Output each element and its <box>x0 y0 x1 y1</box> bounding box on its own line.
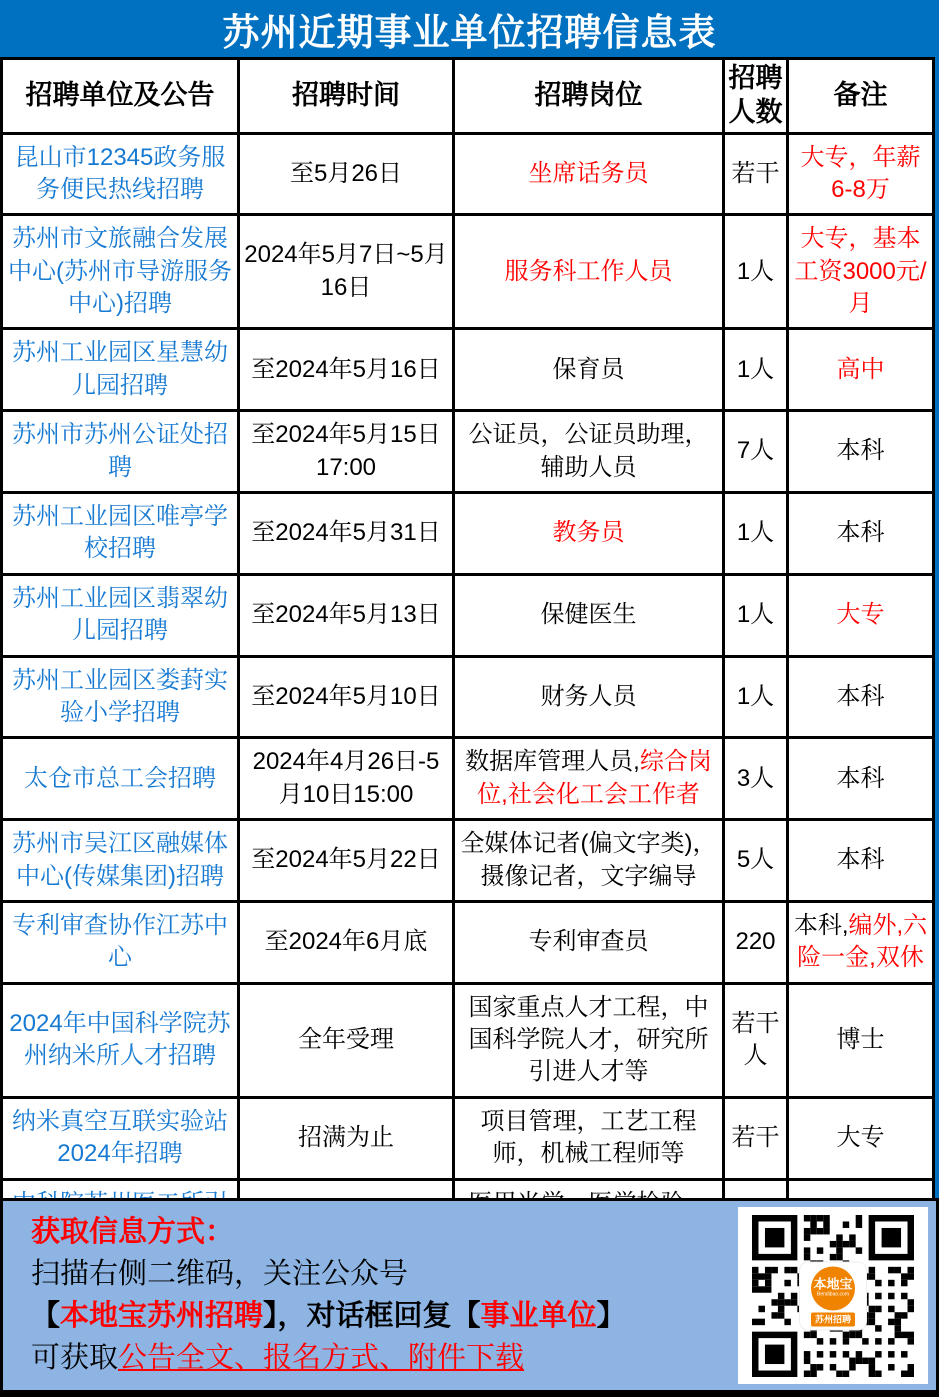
table-row: 昆山市12345政务服务便民热线招聘至5月26日坐席话务员若干大专，年薪6-8万 <box>2 133 934 215</box>
unit-link[interactable]: 苏州市吴江区融媒体中心(传媒集团)招聘 <box>12 830 228 889</box>
cell-unit: 苏州市文旅融合发展中心(苏州市导游服务中心)招聘 <box>2 215 239 329</box>
text-segment: 坐席话务员 <box>529 160 649 187</box>
cell-post: 项目管理，工艺工程师，机械工程师等 <box>454 1097 724 1179</box>
cell-count: 220 <box>724 901 788 983</box>
table-body: 昆山市12345政务服务便民热线招聘至5月26日坐席话务员若干大专，年薪6-8万… <box>2 133 934 1198</box>
text-segment: 【 <box>31 1300 60 1332</box>
cell-post: 服务科工作人员 <box>454 215 724 329</box>
cell-time: 至2024年5月16日 <box>239 329 454 411</box>
table-row: 苏州市文旅融合发展中心(苏州市导游服务中心)招聘2024年5月7日~5月16日服… <box>2 215 934 329</box>
table-row: 中科院苏州医工所引进高层次人才招满为止医用光学，医学检验，医学影像等若干博士 <box>2 1179 934 1198</box>
text-segment: 公证员，公证员助理，辅助人员 <box>469 421 709 480</box>
cell-unit: 太仓市总工会招聘 <box>2 738 239 820</box>
qr-logo-title: 本地宝 <box>813 1278 852 1292</box>
footer-line: 可获取公告全文、报名方式、附件下载 <box>31 1337 721 1379</box>
cell-unit: 昆山市12345政务服务便民热线招聘 <box>2 133 239 215</box>
cell-note: 博士 <box>788 983 934 1097</box>
cell-unit: 纳米真空互联实验站2024年招聘 <box>2 1097 239 1179</box>
cell-count: 7人 <box>724 411 788 493</box>
cell-unit: 苏州工业园区翡翠幼儿园招聘 <box>2 574 239 656</box>
cell-time: 招满为止 <box>239 1179 454 1198</box>
cell-post: 教务员 <box>454 493 724 575</box>
cell-note: 本科,编外,六险一金,双休 <box>788 901 934 983</box>
unit-link[interactable]: 苏州市苏州公证处招聘 <box>12 421 228 480</box>
cell-post: 全媒体记者(偏文字类)，摄像记者，文字编导 <box>454 820 724 902</box>
text-segment: 本科 <box>837 519 885 546</box>
cell-time: 至2024年5月13日 <box>239 574 454 656</box>
cell-post: 坐席话务员 <box>454 133 724 215</box>
cell-count: 若干 <box>724 1179 788 1198</box>
cell-unit: 苏州市吴江区融媒体中心(传媒集团)招聘 <box>2 820 239 902</box>
cell-note: 本科 <box>788 411 934 493</box>
unit-link[interactable]: 苏州工业园区娄葑实验小学招聘 <box>12 667 228 726</box>
text-segment: 】，对话框回复【 <box>263 1300 481 1332</box>
cell-count: 若干 <box>724 133 788 215</box>
cell-count: 1人 <box>724 215 788 329</box>
text-segment: 保育员 <box>553 356 625 383</box>
cell-time: 2024年5月7日~5月16日 <box>239 215 454 329</box>
cell-count: 若干 <box>724 1097 788 1179</box>
text-segment: 本科 <box>837 846 885 873</box>
cell-post: 公证员，公证员助理，辅助人员 <box>454 411 724 493</box>
unit-link[interactable]: 苏州工业园区翡翠幼儿园招聘 <box>12 585 228 644</box>
recruitment-table: 招聘单位及公告 招聘时间 招聘岗位 招聘人数 备注 昆山市12345政务服务便民… <box>0 57 935 1198</box>
cell-count: 1人 <box>724 329 788 411</box>
cell-time: 至2024年5月22日 <box>239 820 454 902</box>
text-segment: 大专 <box>837 601 885 628</box>
text-segment: 医用光学，医学检验，医学影像等 <box>469 1190 709 1198</box>
text-segment: 国家重点人才工程，中国科学院人才，研究所引进人才等 <box>469 994 709 1086</box>
qr-code: 本地宝 Bendibao.com 苏州招聘 <box>738 1207 928 1384</box>
cell-post: 财务人员 <box>454 656 724 738</box>
header-row: 招聘单位及公告 招聘时间 招聘岗位 招聘人数 备注 <box>2 59 934 134</box>
text-segment: 财务人员 <box>541 683 637 710</box>
cell-unit: 苏州工业园区星慧幼儿园招聘 <box>2 329 239 411</box>
cell-unit: 苏州市苏州公证处招聘 <box>2 411 239 493</box>
footer-line: 获取信息方式： <box>31 1211 721 1253</box>
cell-note: 本科 <box>788 493 934 575</box>
cell-unit: 专利审查协作江苏中心 <box>2 901 239 983</box>
table-row: 太仓市总工会招聘2024年4月26日-5月10日15:00数据库管理人员,综合岗… <box>2 738 934 820</box>
text-segment: 项目管理，工艺工程师，机械工程师等 <box>481 1108 697 1167</box>
cell-time: 至2024年5月15日17:00 <box>239 411 454 493</box>
text-segment: 扫描右侧二维码，关注公众号 <box>31 1258 408 1290</box>
cell-unit: 苏州工业园区唯亭学校招聘 <box>2 493 239 575</box>
cell-post: 医用光学，医学检验，医学影像等 <box>454 1179 724 1198</box>
text-segment: 教务员 <box>553 519 625 546</box>
cell-count: 5人 <box>724 820 788 902</box>
page-title: 苏州近期事业单位招聘信息表 <box>223 2 717 56</box>
text-segment: 公告全文、报名方式、附件下载 <box>118 1342 524 1374</box>
cell-time: 至2024年5月31日 <box>239 493 454 575</box>
cell-note: 大专，基本工资3000元/月 <box>788 215 934 329</box>
unit-link[interactable]: 太仓市总工会招聘 <box>24 765 216 792</box>
text-segment: 专利审查员 <box>529 928 649 955</box>
cell-post: 国家重点人才工程，中国科学院人才，研究所引进人才等 <box>454 983 724 1097</box>
text-segment: 博士 <box>837 1026 885 1053</box>
text-segment: 全媒体记者(偏文字类)，摄像记者，文字编导 <box>461 830 717 889</box>
table-row: 苏州工业园区唯亭学校招聘至2024年5月31日教务员1人本科 <box>2 493 934 575</box>
cell-count: 1人 <box>724 656 788 738</box>
text-segment: 本科 <box>837 437 885 464</box>
cell-time: 至5月26日 <box>239 133 454 215</box>
table-row: 专利审查协作江苏中心至2024年6月底专利审查员220本科,编外,六险一金,双休 <box>2 901 934 983</box>
cell-count: 3人 <box>724 738 788 820</box>
unit-link[interactable]: 苏州工业园区星慧幼儿园招聘 <box>12 339 228 398</box>
text-segment: 大专，年薪6-8万 <box>801 144 921 203</box>
cell-post: 保育员 <box>454 329 724 411</box>
table-row: 苏州工业园区娄葑实验小学招聘至2024年5月10日财务人员1人本科 <box>2 656 934 738</box>
table-row: 苏州工业园区翡翠幼儿园招聘至2024年5月13日保健医生1人大专 <box>2 574 934 656</box>
cell-unit: 2024年中国科学院苏州纳米所人才招聘 <box>2 983 239 1097</box>
cell-time: 2024年4月26日-5月10日15:00 <box>239 738 454 820</box>
cell-note: 本科 <box>788 738 934 820</box>
qr-logo-circle: 本地宝 Bendibao.com <box>811 1266 855 1310</box>
unit-link[interactable]: 专利审查协作江苏中心 <box>12 912 228 971</box>
cell-time: 至2024年5月10日 <box>239 656 454 738</box>
footer-line: 【本地宝苏州招聘】，对话框回复【事业单位】 <box>31 1295 721 1337</box>
cell-note: 本科 <box>788 820 934 902</box>
cell-post: 保健医生 <box>454 574 724 656</box>
col-header-count: 招聘人数 <box>724 59 788 134</box>
cell-note: 大专 <box>788 1097 934 1179</box>
col-header-post: 招聘岗位 <box>454 59 724 134</box>
col-header-time: 招聘时间 <box>239 59 454 134</box>
text-segment: 】 <box>597 1300 626 1332</box>
cell-time: 至2024年6月底 <box>239 901 454 983</box>
cell-count: 1人 <box>724 493 788 575</box>
table-wrap: 招聘单位及公告 招聘时间 招聘岗位 招聘人数 备注 昆山市12345政务服务便民… <box>0 57 939 1198</box>
text-segment: 事业单位 <box>481 1300 597 1332</box>
cell-unit: 中科院苏州医工所引进高层次人才 <box>2 1179 239 1198</box>
text-segment: 服务科工作人员 <box>505 258 673 285</box>
unit-link[interactable]: 苏州市文旅融合发展中心(苏州市导游服务中心)招聘 <box>8 225 232 317</box>
text-segment: 本地宝苏州招聘 <box>60 1300 263 1332</box>
qr-logo-site: Bendibao.com <box>817 1292 849 1299</box>
text-segment: 大专 <box>837 1124 885 1151</box>
cell-count: 若干人 <box>724 983 788 1097</box>
cell-count: 1人 <box>724 574 788 656</box>
qr-logo-label: 苏州招聘 <box>811 1312 855 1326</box>
cell-post: 数据库管理人员,综合岗位,社会化工会工作者 <box>454 738 724 820</box>
col-header-unit: 招聘单位及公告 <box>2 59 239 134</box>
unit-link[interactable]: 苏州工业园区唯亭学校招聘 <box>12 503 228 562</box>
cell-note: 高中 <box>788 329 934 411</box>
unit-link[interactable]: 中科院苏州医工所引进高层次人才 <box>12 1190 228 1198</box>
table-row: 纳米真空互联实验站2024年招聘招满为止项目管理，工艺工程师，机械工程师等若干大… <box>2 1097 934 1179</box>
table-row: 2024年中国科学院苏州纳米所人才招聘全年受理国家重点人才工程，中国科学院人才，… <box>2 983 934 1097</box>
text-segment: 本科, <box>794 912 849 939</box>
cell-time: 全年受理 <box>239 983 454 1097</box>
cell-note: 大专 <box>788 574 934 656</box>
text-segment: 保健医生 <box>541 601 637 628</box>
cell-note: 博士 <box>788 1179 934 1198</box>
unit-link[interactable]: 纳米真空互联实验站2024年招聘 <box>12 1108 228 1167</box>
footer-lines: 获取信息方式：扫描右侧二维码，关注公众号【本地宝苏州招聘】，对话框回复【事业单位… <box>31 1211 721 1379</box>
col-header-note: 备注 <box>788 59 934 134</box>
table-row: 苏州市吴江区融媒体中心(传媒集团)招聘至2024年5月22日全媒体记者(偏文字类… <box>2 820 934 902</box>
text-segment: 数据库管理人员, <box>465 748 640 775</box>
text-segment: 大专，基本工资3000元/月 <box>794 225 926 317</box>
cell-note: 本科 <box>788 656 934 738</box>
cell-time: 招满为止 <box>239 1097 454 1179</box>
text-segment: 本科 <box>837 765 885 792</box>
page: 苏州近期事业单位招聘信息表 招聘单位及公告 招聘时间 招聘岗位 招聘人数 备注 … <box>0 0 939 1397</box>
title-bar: 苏州近期事业单位招聘信息表 <box>0 0 939 57</box>
text-segment: 高中 <box>837 356 885 383</box>
cell-unit: 苏州工业园区娄葑实验小学招聘 <box>2 656 239 738</box>
qr-logo: 本地宝 Bendibao.com 苏州招聘 <box>800 1262 866 1329</box>
footer-line: 扫描右侧二维码，关注公众号 <box>31 1253 721 1295</box>
table-row: 苏州工业园区星慧幼儿园招聘至2024年5月16日保育员1人高中 <box>2 329 934 411</box>
text-segment: 本科 <box>837 683 885 710</box>
text-segment: 获取信息方式： <box>31 1216 234 1248</box>
text-segment: 可获取 <box>31 1342 118 1374</box>
unit-link[interactable]: 昆山市12345政务服务便民热线招聘 <box>15 144 226 203</box>
footer: 获取信息方式：扫描右侧二维码，关注公众号【本地宝苏州招聘】，对话框回复【事业单位… <box>0 1198 939 1397</box>
cell-post: 专利审查员 <box>454 901 724 983</box>
table-row: 苏州市苏州公证处招聘至2024年5月15日17:00公证员，公证员助理，辅助人员… <box>2 411 934 493</box>
cell-note: 大专，年薪6-8万 <box>788 133 934 215</box>
unit-link[interactable]: 2024年中国科学院苏州纳米所人才招聘 <box>9 1010 230 1069</box>
